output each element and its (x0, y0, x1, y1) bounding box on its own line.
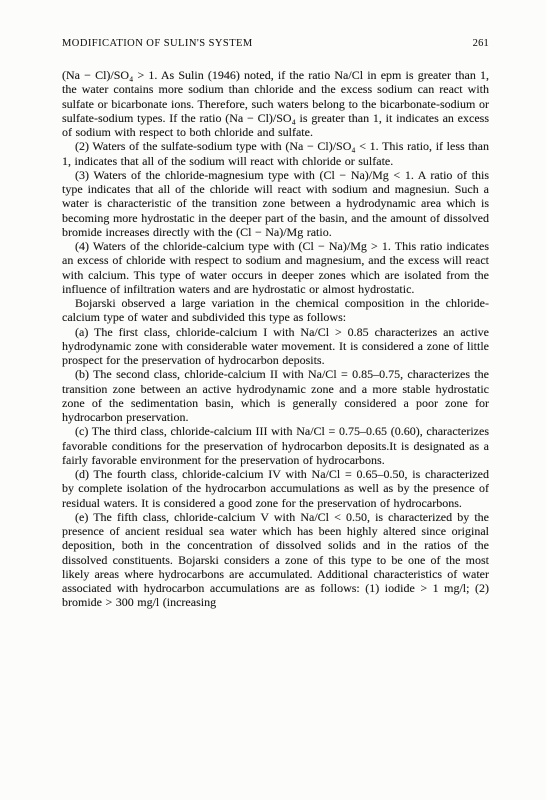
paragraph-continuation: (Na − Cl)/SO₄ > 1. As Sulin (1946) noted… (62, 68, 489, 139)
paragraph-class-c: (c) The third class, chloride-calcium II… (62, 424, 489, 467)
paragraph-class-d: (d) The fourth class, chloride-calcium I… (62, 467, 489, 510)
running-title: MODIFICATION OF SULIN'S SYSTEM (62, 38, 253, 49)
page-number: 261 (473, 38, 489, 49)
paragraph-item-4: (4) Waters of the chloride-calcium type … (62, 239, 489, 296)
document-page: MODIFICATION OF SULIN'S SYSTEM 261 (Na −… (0, 0, 546, 800)
paragraph-item-2: (2) Waters of the sulfate-sodium type wi… (62, 139, 489, 168)
paragraph-class-b: (b) The second class, chloride-calcium I… (62, 367, 489, 424)
body-text: (Na − Cl)/SO₄ > 1. As Sulin (1946) noted… (62, 68, 489, 610)
paragraph-bojarski: Bojarski observed a large variation in t… (62, 296, 489, 325)
paragraph-item-3: (3) Waters of the chloride-magnesium typ… (62, 168, 489, 239)
paragraph-class-a: (a) The first class, chloride-calcium I … (62, 325, 489, 368)
paragraph-class-e: (e) The fifth class, chloride-calcium V … (62, 510, 489, 610)
page-header: MODIFICATION OF SULIN'S SYSTEM 261 (62, 38, 489, 49)
